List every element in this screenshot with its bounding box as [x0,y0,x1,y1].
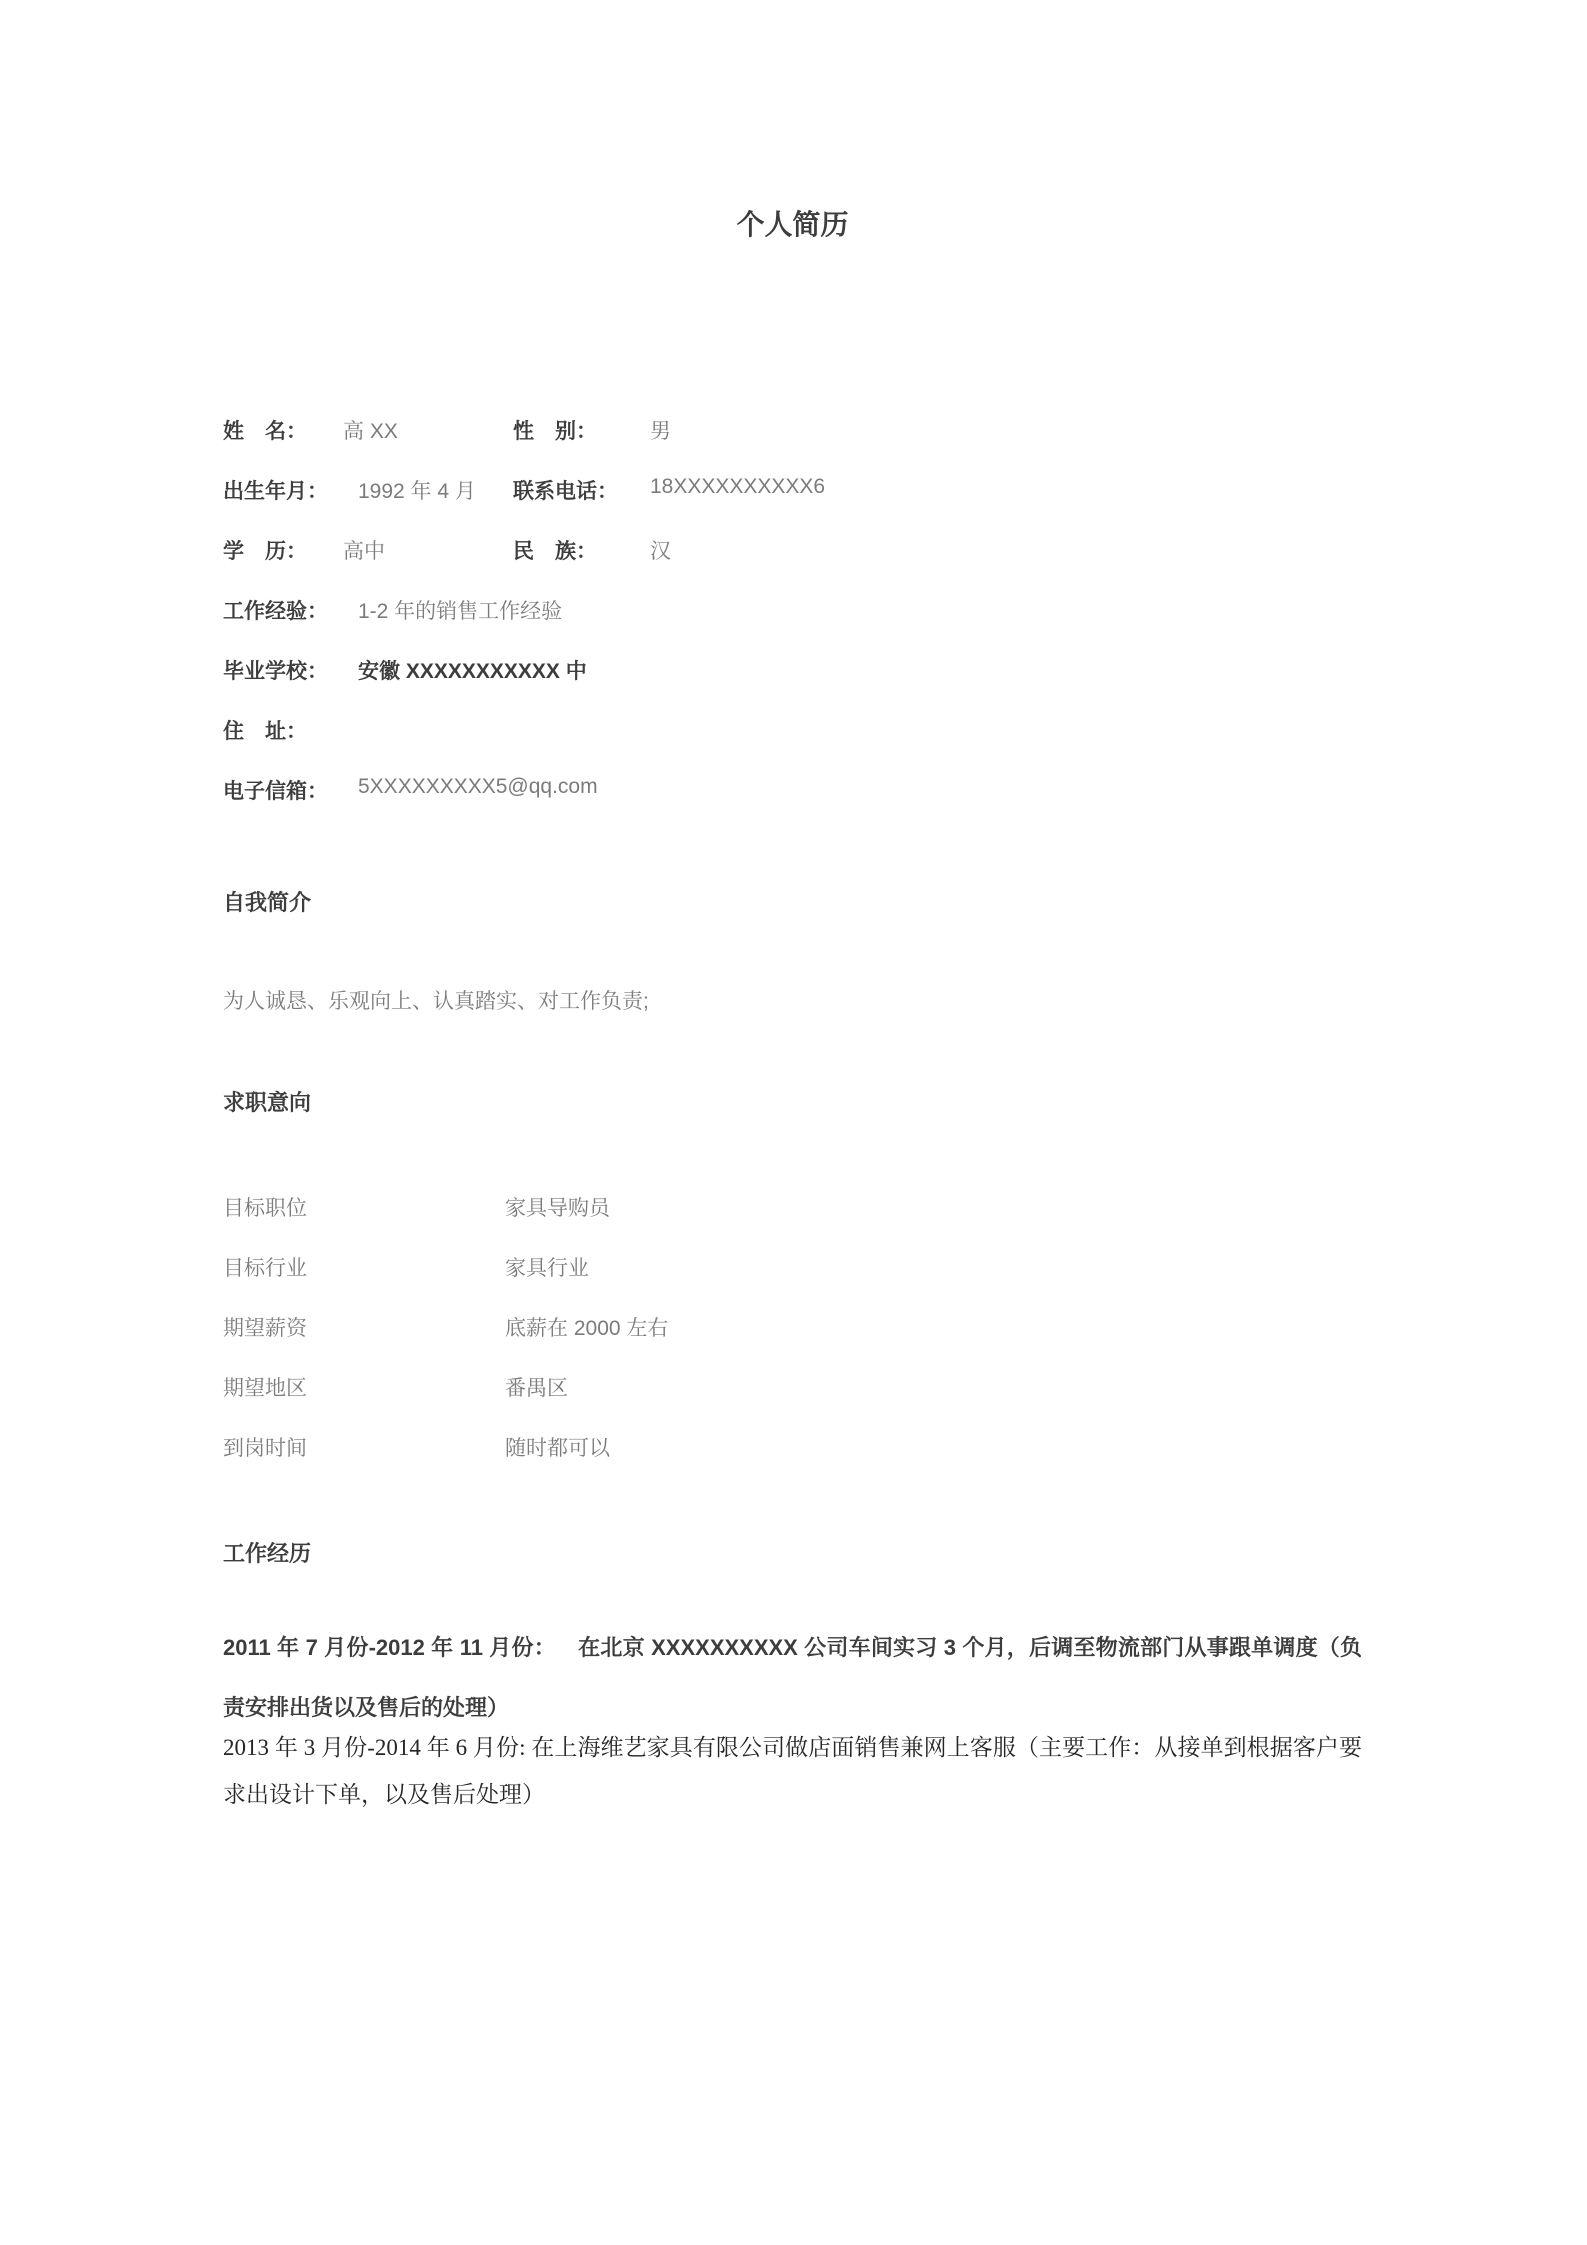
intent-row-expected-area: 期望地区 番禺区 [223,1372,1362,1432]
info-row-address: 住 址： [223,715,1362,775]
info-row-work-experience: 工作经验： 1-2 年的销售工作经验 [223,595,1362,655]
intent-row-target-industry: 目标行业 家具行业 [223,1252,1362,1312]
start-time-label: 到岗时间 [223,1432,307,1462]
ethnicity-label: 民 族： [513,535,597,565]
info-row-education-ethnicity: 学 历： 高中 民 族： 汉 [223,535,1362,595]
school-value: 安徽 XXXXXXXXXXX 中 [358,655,587,685]
info-row-school: 毕业学校： 安徽 XXXXXXXXXXX 中 [223,655,1362,715]
expected-salary-value: 底薪在 2000 左右 [505,1312,668,1342]
job-intent-heading: 求职意向 [223,1086,311,1117]
self-intro-text: 为人诚恳、乐观向上、认真踏实、对工作负责; [223,985,1362,1015]
work-experience-value: 1-2 年的销售工作经验 [358,595,562,625]
self-intro-heading: 自我简介 [223,886,311,917]
expected-area-label: 期望地区 [223,1372,307,1402]
school-label: 毕业学校： [223,655,328,685]
intent-row-expected-salary: 期望薪资 底薪在 2000 左右 [223,1312,1362,1372]
job-intent-section: 目标职位 家具导购员 目标行业 家具行业 期望薪资 底薪在 2000 左右 期望… [223,1192,1362,1492]
education-value: 高中 [343,535,385,565]
education-label: 学 历： [223,535,307,565]
work-history-entry-1: 2011 年 7 月份-2012 年 11 月份： 在北京 XXXXXXXXXX… [223,1618,1362,1738]
work-history-entry-2: 2013 年 3 月份-2014 年 6 月份: 在上海维艺家具有限公司做店面销… [223,1724,1362,1818]
name-label: 姓 名： [223,415,307,445]
intent-row-start-time: 到岗时间 随时都可以 [223,1432,1362,1492]
work-experience-label: 工作经验： [223,595,328,625]
info-row-name-gender: 姓 名： 高 XX 性 别： 男 [223,415,1362,475]
target-position-value: 家具导购员 [505,1192,610,1222]
gender-value: 男 [650,415,671,445]
resume-content: 个人简历 姓 名： 高 XX 性 别： 男 出生年月： 1992 年 4 月 联… [223,0,1362,2245]
page-title: 个人简历 [223,203,1362,243]
target-industry-value: 家具行业 [505,1252,589,1282]
start-time-value: 随时都可以 [505,1432,610,1462]
phone-value: 18XXXXXXXXXX6 [650,475,825,499]
birth-date-value: 1992 年 4 月 [358,475,476,505]
expected-area-value: 番禺区 [505,1372,568,1402]
work-history-heading: 工作经历 [223,1537,311,1568]
ethnicity-value: 汉 [650,535,671,565]
target-industry-label: 目标行业 [223,1252,307,1282]
expected-salary-label: 期望薪资 [223,1312,307,1342]
resume-document-page: 个人简历 姓 名： 高 XX 性 别： 男 出生年月： 1992 年 4 月 联… [0,0,1587,2245]
email-label: 电子信箱： [223,775,328,805]
basic-info-section: 姓 名： 高 XX 性 别： 男 出生年月： 1992 年 4 月 联系电话： … [223,415,1362,835]
name-value: 高 XX [343,415,398,445]
gender-label: 性 别： [513,415,597,445]
address-label: 住 址： [223,715,307,745]
info-row-birth-phone: 出生年月： 1992 年 4 月 联系电话： 18XXXXXXXXXX6 [223,475,1362,535]
email-value: 5XXXXXXXXX5@qq.com [358,775,598,799]
target-position-label: 目标职位 [223,1192,307,1222]
info-row-email: 电子信箱： 5XXXXXXXXX5@qq.com [223,775,1362,835]
intent-row-target-position: 目标职位 家具导购员 [223,1192,1362,1252]
birth-date-label: 出生年月： [223,475,328,505]
phone-label: 联系电话： [513,475,618,505]
